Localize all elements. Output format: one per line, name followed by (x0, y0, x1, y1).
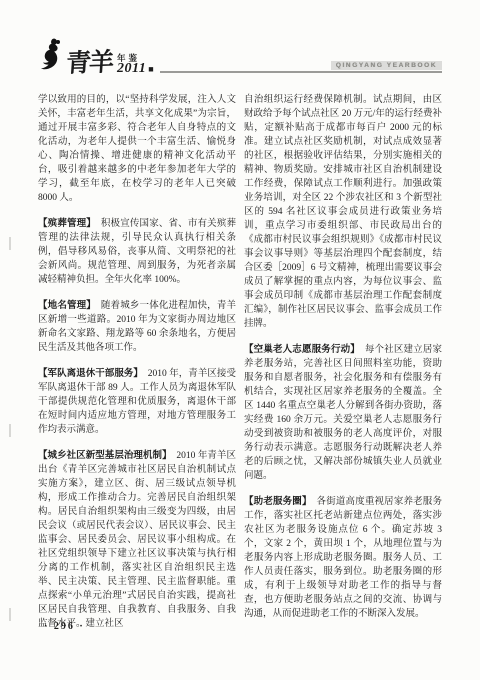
section-heading: 【殡葬管理】 (38, 219, 101, 229)
section-body: 2010 年青羊区出台《青羊区完善城市社区居民自治机制试点实施方案》，建立区、街… (38, 451, 236, 629)
yearbook-page: 青羊 年鉴 2011 ■ QINGYANG YEARBOOK 学以致用的目的，以… (0, 0, 480, 680)
page-header: 青羊 年鉴 2011 ■ QINGYANG YEARBOOK (40, 40, 442, 78)
section-body: 学以致用的目的，以“坚持科学发展，注入人文关怀，丰富老年生活，共享文化成果”为宗… (38, 95, 236, 203)
section-paragraph: 【殡葬管理】积极宣传国家、省、市有关殡葬管理的法律法规，引导民众认真执行相关条例… (38, 217, 236, 287)
yearbook-logo: 青羊 年鉴 2011 ■ (40, 37, 154, 78)
header-rule: QINGYANG YEARBOOK (160, 61, 442, 73)
page-number: · 296 · (44, 621, 85, 632)
section-heading: 【空巢老人志愿服务行动】 (244, 345, 365, 355)
section-heading: 【地名管理】 (38, 301, 101, 311)
section-paragraph: 【城乡社区新型基层治理机制】2010 年青羊区出台《青羊区完善城市社区居民自治机… (38, 449, 236, 631)
logo-title-calligraphy: 青羊 (65, 50, 113, 79)
left-column: 学以致用的目的，以“坚持科学发展，注入人文关怀，丰富老年生活，共享文化成果”为宗… (38, 93, 236, 643)
section-paragraph: 自治组织运行经费保障机制。试点期间，由区财政给予每个试点社区 20 万元/年的运… (244, 93, 442, 331)
text-columns: 学以致用的目的，以“坚持科学发展，注入人文关怀，丰富老年生活，共享文化成果”为宗… (38, 93, 442, 643)
ink-brush-figure-icon (40, 37, 64, 78)
section-body: 各街道高度重视居家养老服务工作，落实社区托老站新建点位两处，落实涉农社区为老服务… (244, 497, 442, 619)
scan-artifact (9, 237, 11, 250)
logo-year: 2011 (117, 62, 146, 76)
section-paragraph: 【助老服务圈】各街道高度重视居家养老服务工作，落实社区托老站新建点位两处，落实涉… (244, 495, 442, 621)
section-paragraph: 【空巢老人志愿服务行动】每个社区建立居家养老服务站，完善社区日间照料室功能，资助… (244, 343, 442, 483)
logo-stack: 年鉴 2011 ■ (117, 54, 154, 79)
section-body: 自治组织运行经费保障机制。试点期间，由区财政给予每个试点社区 20 万元/年的运… (244, 95, 442, 329)
section-paragraph: 学以致用的目的，以“坚持科学发展，注入人文关怀，丰富老年生活，共享文化成果”为宗… (38, 93, 236, 205)
scan-artifact (9, 608, 11, 621)
logo-year-row: 2011 ■ (117, 62, 154, 76)
section-body: 每个社区建立居家养老服务站，完善社区日间照料室功能，资助服务和自愿者服务，社会化… (244, 345, 442, 481)
logo-square-glyph: ■ (148, 65, 153, 74)
section-heading: 【助老服务圈】 (244, 497, 317, 507)
section-heading: 【军队离退休干部服务】 (38, 369, 148, 379)
right-column: 自治组织运行经费保障机制。试点期间，由区财政给予每个试点社区 20 万元/年的运… (244, 93, 442, 643)
section-paragraph: 【军队离退休干部服务】2010 年，青羊区接受军队离退休干部 89 人。工作人员… (38, 367, 236, 437)
header-banner-text: QINGYANG YEARBOOK (331, 61, 442, 70)
section-heading: 【城乡社区新型基层治理机制】 (38, 451, 176, 461)
section-paragraph: 【地名管理】随着城乡一体化进程加快，青羊区新增一些道路。2010 年为文家街办周… (38, 299, 236, 355)
scan-artifact (9, 424, 11, 437)
